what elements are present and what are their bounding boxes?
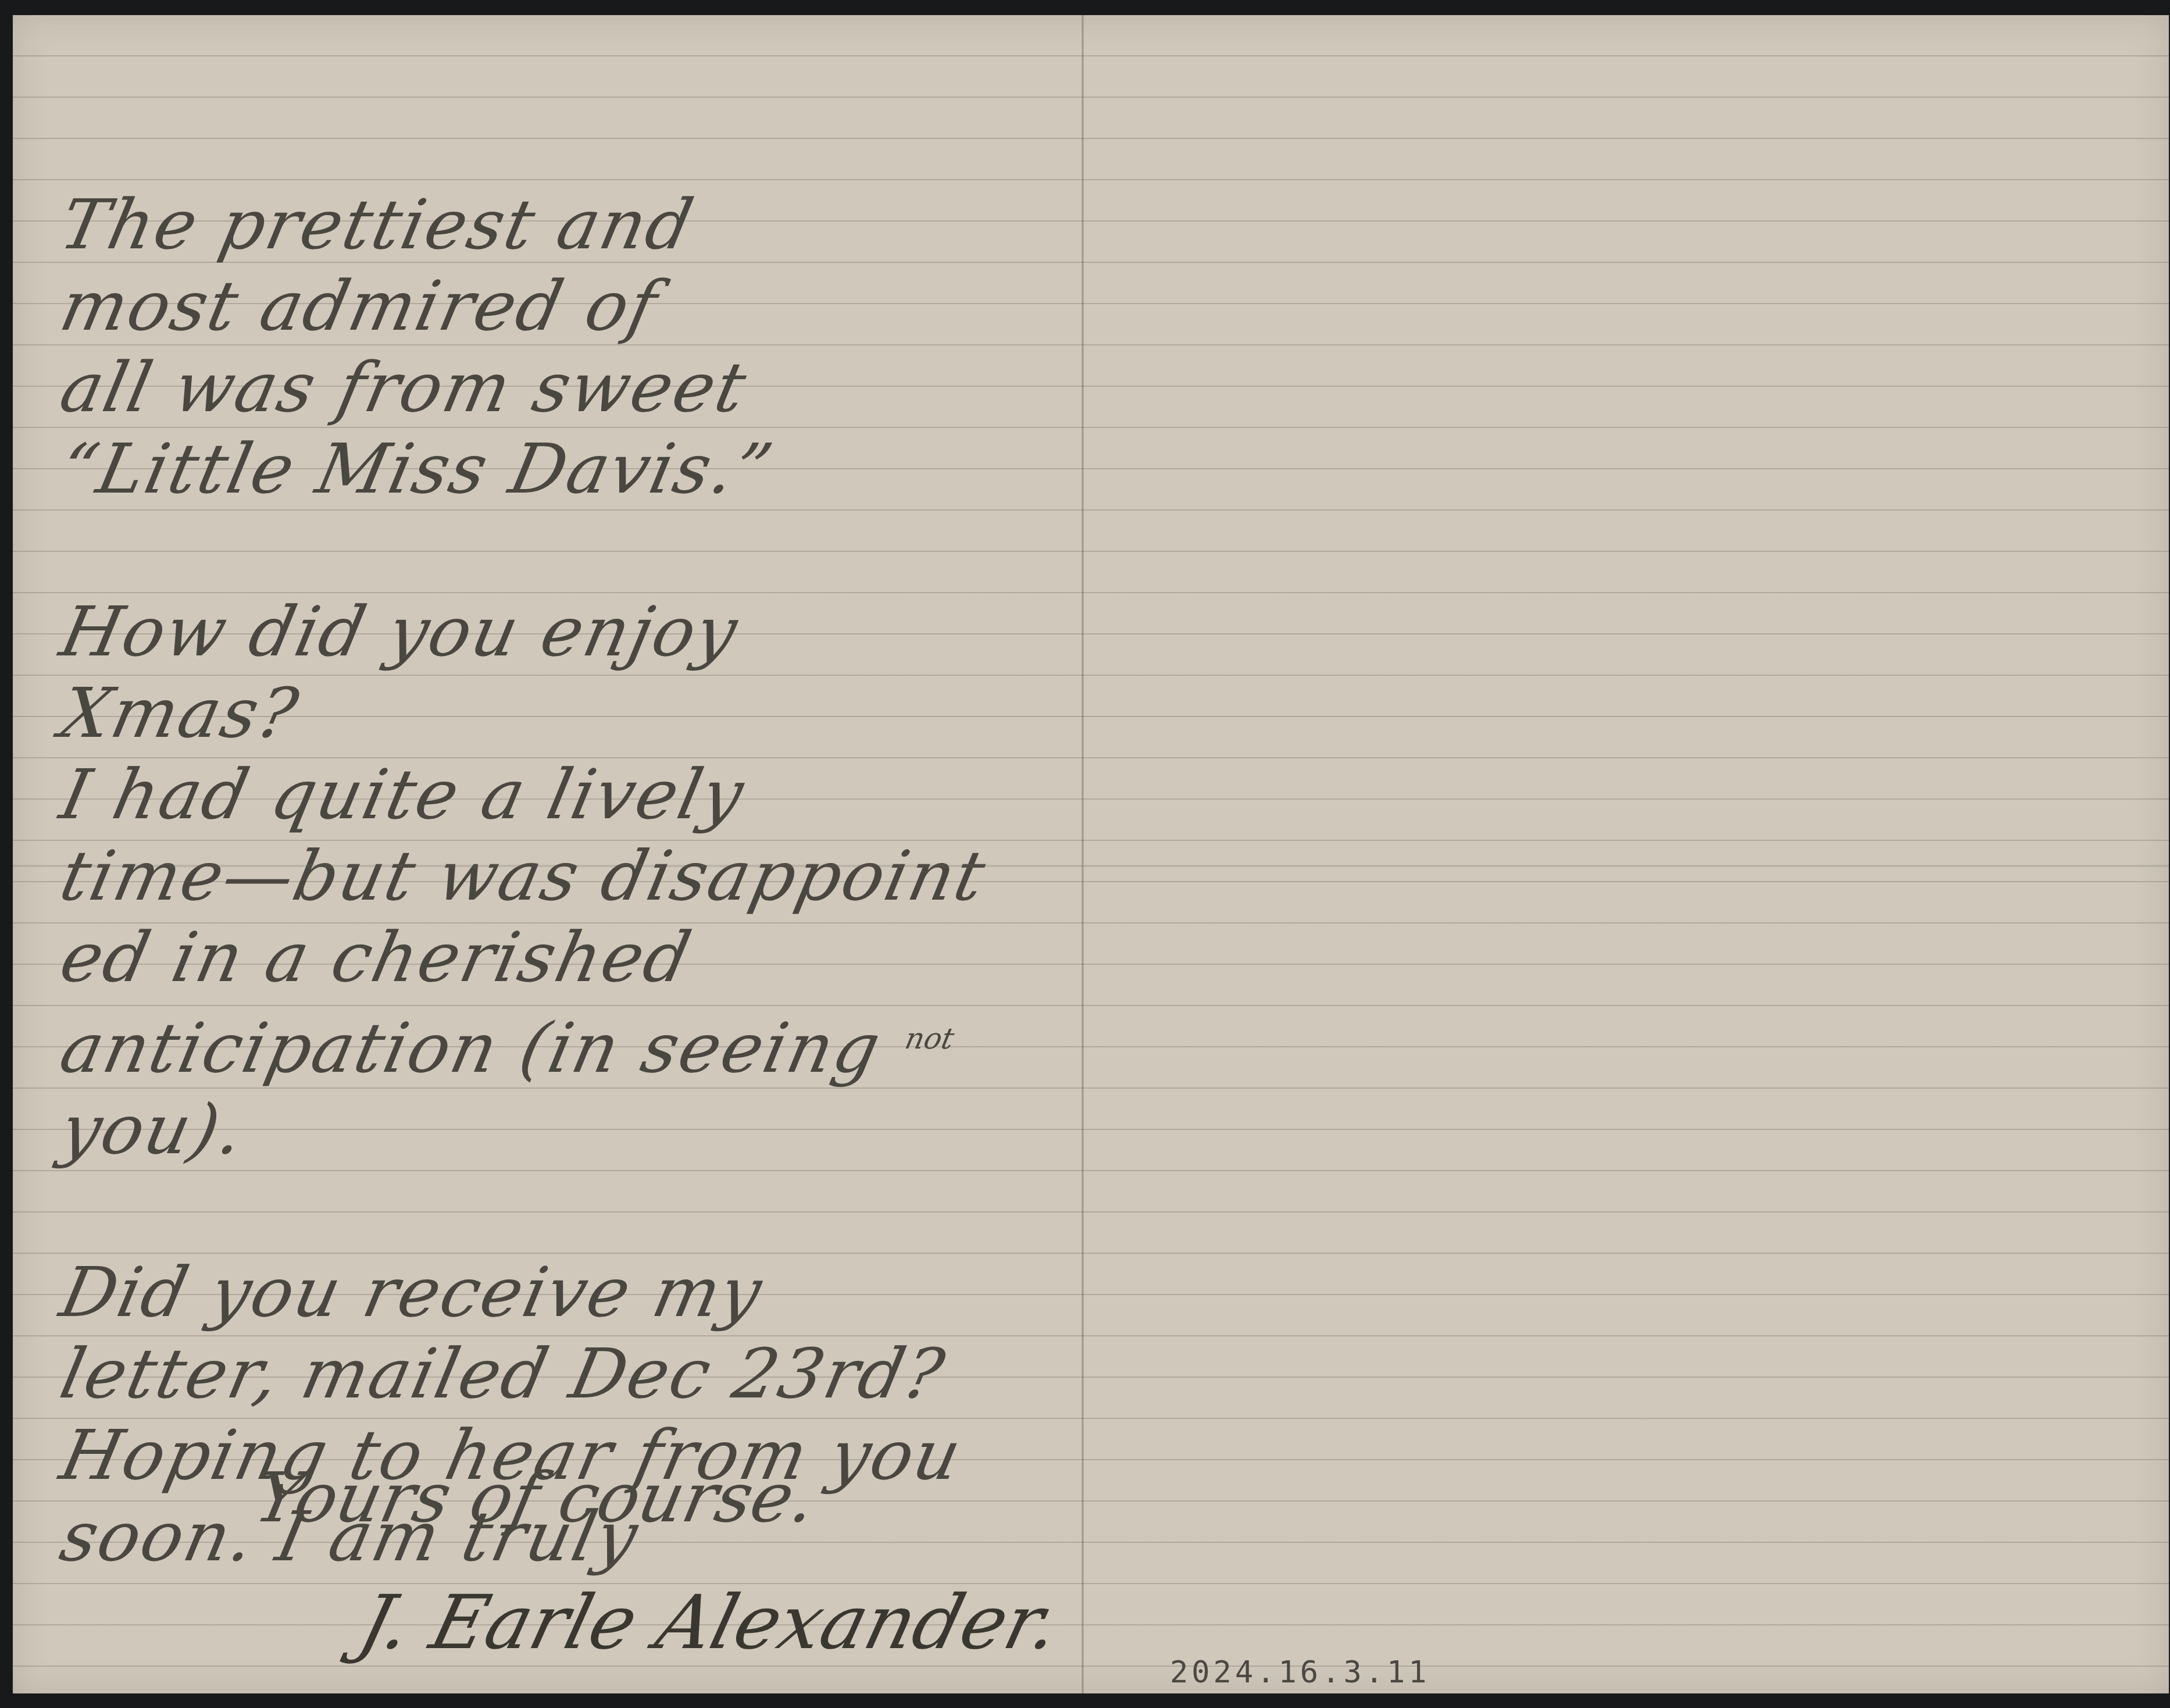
letter-line: time—but was disappoint — [53, 835, 1094, 917]
letter-line: I had quite a lively — [53, 754, 1094, 835]
letter-line: you). — [53, 1089, 1094, 1170]
interlinear-insert: not — [902, 1022, 957, 1056]
letter-line: most admired of — [53, 265, 1094, 347]
letter-sheet: The prettiest and most admired of all wa… — [13, 15, 2169, 1693]
letter-line: ed in a cherished — [53, 917, 1094, 998]
paragraph-gap — [53, 509, 1077, 591]
letter-line-with-insert: anticipation (in seeing not — [53, 998, 1096, 1089]
letter-line-text: anticipation (in seeing — [53, 1008, 888, 1088]
paragraph-gap — [53, 1170, 1077, 1251]
accession-number: 2024.16.3.11 — [1170, 1655, 1430, 1690]
paragraph-2: How did you enjoy Xmas? I had quite a li… — [53, 591, 1077, 1170]
paragraph-1: The prettiest and most admired of all wa… — [53, 184, 1077, 509]
letter-line: Xmas? — [53, 672, 1094, 754]
letter-line: Did you receive my — [53, 1251, 1094, 1333]
letter-signature: J. Earle Alexander. — [351, 1579, 1068, 1666]
letter-line: The prettiest and — [53, 184, 1094, 265]
right-page-blank — [1083, 15, 2169, 1693]
letter-body: The prettiest and most admired of all wa… — [53, 184, 1077, 1577]
letter-line: all was from sweet — [53, 347, 1094, 428]
letter-closing: Yours of course. — [248, 1457, 823, 1538]
letter-line: letter, mailed Dec 23rd? — [53, 1333, 1094, 1414]
letter-line: “Little Miss Davis.” — [53, 428, 1094, 509]
letter-line: How did you enjoy — [53, 591, 1094, 672]
scan-background: The prettiest and most admired of all wa… — [0, 0, 2170, 1708]
left-page: The prettiest and most admired of all wa… — [13, 15, 1082, 1693]
